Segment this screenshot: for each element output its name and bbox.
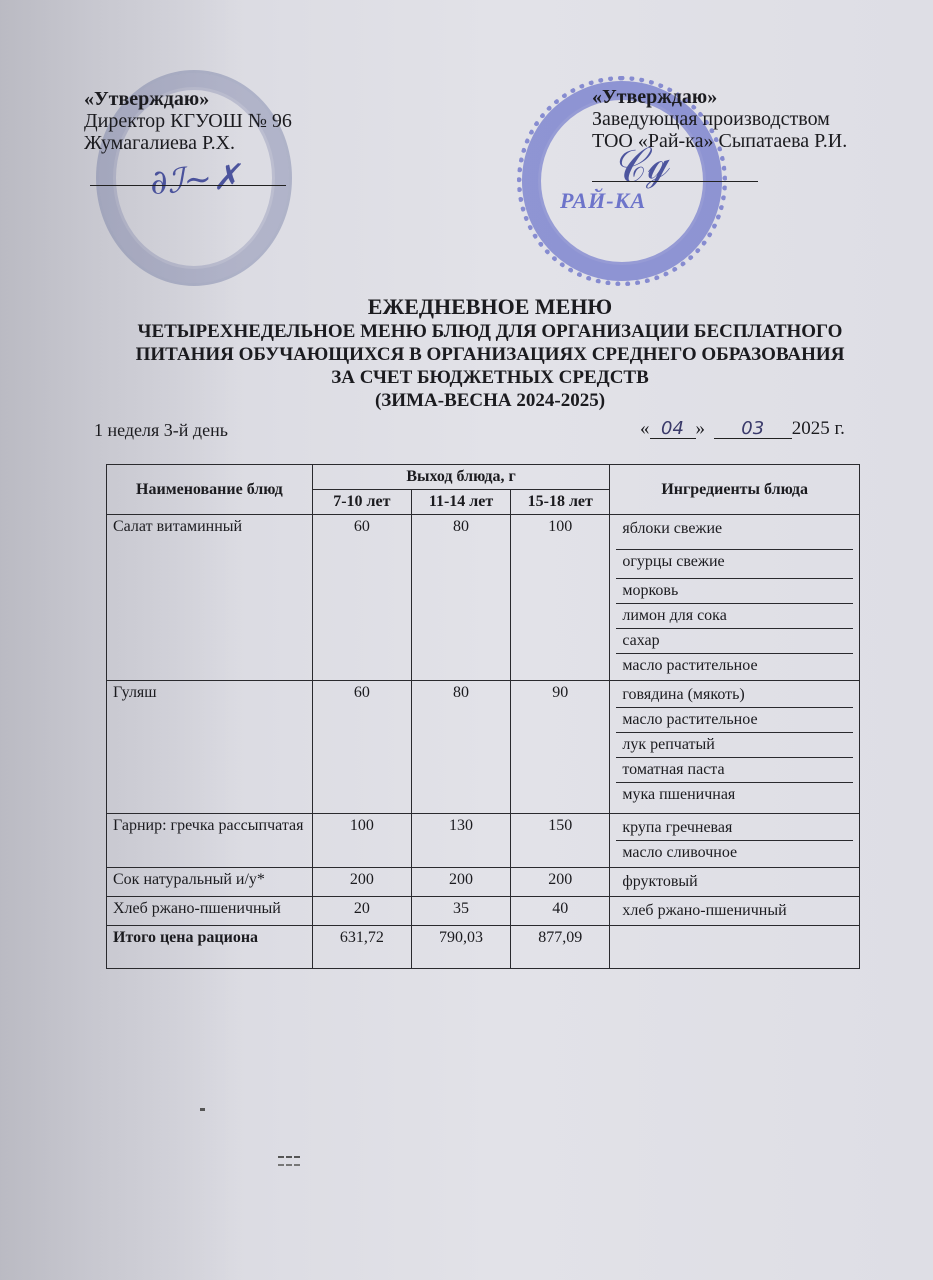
ingredient-item: сахар bbox=[616, 629, 853, 654]
dish-name: Хлеб ржано-пшеничный bbox=[107, 897, 313, 926]
header-age-15-18: 15-18 лет bbox=[511, 490, 610, 515]
header-ingredients: Ингредиенты блюда bbox=[610, 465, 860, 515]
header-age-7-10: 7-10 лет bbox=[312, 490, 411, 515]
director-signature-icon: ∂ℐ~✗ bbox=[149, 157, 242, 203]
header-output: Выход блюда, г bbox=[312, 465, 610, 490]
paper-mark bbox=[200, 1108, 205, 1111]
dish-output: 130 bbox=[411, 814, 510, 868]
dish-output: 100 bbox=[312, 814, 411, 868]
director-signature-line bbox=[90, 185, 286, 186]
ingredient-item: масло сливочное bbox=[616, 841, 853, 865]
subtitle-line: ЧЕТЫРЕХНЕДЕЛЬНОЕ МЕНЮ БЛЮД ДЛЯ ОРГАНИЗАЦ… bbox=[100, 320, 880, 343]
ingredient-item: томатная паста bbox=[616, 758, 853, 783]
dish-name: Гуляш bbox=[107, 681, 313, 814]
approval-name: ТОО «Рай-ка» Сыпатаева Р.И. bbox=[592, 130, 847, 152]
total-label: Итого цена рациона bbox=[107, 926, 313, 969]
table-row: Гуляш608090говядина (мякоть)масло растит… bbox=[107, 681, 860, 814]
dish-output: 60 bbox=[312, 681, 411, 814]
table-row: Гарнир: гречка рассыпчатая100130150крупа… bbox=[107, 814, 860, 868]
ingredient-item: яблоки свежие bbox=[616, 517, 853, 550]
menu-table: Наименование блюд Выход блюда, г Ингреди… bbox=[106, 464, 860, 969]
table-row: Хлеб ржано-пшеничный203540хлеб ржано-пше… bbox=[107, 897, 860, 926]
dish-ingredients: яблоки свежиеогурцы свежиеморковьлимон д… bbox=[610, 515, 860, 681]
table-row: Сок натуральный и/у*200200200фруктовый bbox=[107, 868, 860, 897]
ingredient-item: огурцы свежие bbox=[616, 550, 853, 579]
dish-name: Сок натуральный и/у* bbox=[107, 868, 313, 897]
approval-title: «Утверждаю» bbox=[84, 88, 292, 110]
dish-ingredients: хлеб ржано-пшеничный bbox=[610, 897, 860, 926]
dish-output: 80 bbox=[411, 515, 510, 681]
header-age-11-14: 11-14 лет bbox=[411, 490, 510, 515]
week-day-label: 1 неделя 3-й день bbox=[94, 420, 228, 441]
dish-ingredients: крупа гречневаямасло сливочное bbox=[610, 814, 860, 868]
dish-output: 35 bbox=[411, 897, 510, 926]
ingredient-item: говядина (мякоть) bbox=[616, 683, 853, 708]
ingredient-item: лук репчатый bbox=[616, 733, 853, 758]
ingredient-item: мука пшеничная bbox=[616, 783, 853, 811]
dish-output: 200 bbox=[312, 868, 411, 897]
paper-mark bbox=[278, 1156, 300, 1166]
dish-name: Гарнир: гречка рассыпчатая bbox=[107, 814, 313, 868]
ingredient-item: масло растительное bbox=[616, 708, 853, 733]
dish-output: 200 bbox=[411, 868, 510, 897]
dish-output: 90 bbox=[511, 681, 610, 814]
dish-output: 40 bbox=[511, 897, 610, 926]
ingredient-item: фруктовый bbox=[616, 870, 853, 894]
date-day-field: 04 bbox=[650, 420, 696, 439]
dish-ingredients: говядина (мякоть)масло растительноелук р… bbox=[610, 681, 860, 814]
ingredient-item: масло растительное bbox=[616, 654, 853, 678]
approval-manager: «Утверждаю» Заведующая производством ТОО… bbox=[592, 86, 847, 152]
page-title: ЕЖЕДНЕВНОЕ МЕНЮ bbox=[100, 294, 880, 320]
ingredient-item: крупа гречневая bbox=[616, 816, 853, 841]
total-price: 631,72 bbox=[312, 926, 411, 969]
approval-director: «Утверждаю» Директор КГУОШ № 96 Жумагали… bbox=[84, 88, 292, 154]
dish-output: 60 bbox=[312, 515, 411, 681]
dish-output: 200 bbox=[511, 868, 610, 897]
dish-name: Салат витаминный bbox=[107, 515, 313, 681]
total-ingredients bbox=[610, 926, 860, 969]
dish-ingredients: фруктовый bbox=[610, 868, 860, 897]
manager-signature-line bbox=[592, 181, 758, 182]
approval-position: Директор КГУОШ № 96 bbox=[84, 110, 292, 132]
total-row: Итого цена рациона631,72790,03877,09 bbox=[107, 926, 860, 969]
ingredient-item: лимон для сока bbox=[616, 604, 853, 629]
dish-output: 150 bbox=[511, 814, 610, 868]
subtitle-line: (ЗИМА-ВЕСНА 2024-2025) bbox=[100, 389, 880, 412]
document-date: «04» 032025 г. bbox=[640, 418, 845, 440]
date-year: 2025 г. bbox=[792, 418, 845, 439]
dish-output: 20 bbox=[312, 897, 411, 926]
company-stamp-label: РАЙ-КА bbox=[560, 188, 646, 214]
dish-output: 100 bbox=[511, 515, 610, 681]
ingredient-item: хлеб ржано-пшеничный bbox=[616, 899, 853, 923]
approval-title: «Утверждаю» bbox=[592, 86, 847, 108]
total-price: 790,03 bbox=[411, 926, 510, 969]
subtitle-line: ЗА СЧЕТ БЮДЖЕТНЫХ СРЕДСТВ bbox=[100, 366, 880, 389]
approval-name: Жумагалиева Р.Х. bbox=[84, 132, 292, 154]
date-open-quote: « bbox=[640, 418, 650, 439]
date-close-quote: » bbox=[696, 418, 706, 439]
total-price: 877,09 bbox=[511, 926, 610, 969]
subtitle-line: ПИТАНИЯ ОБУЧАЮЩИХСЯ В ОРГАНИЗАЦИЯХ СРЕДН… bbox=[100, 343, 880, 366]
approval-position: Заведующая производством bbox=[592, 108, 847, 130]
date-month-field: 03 bbox=[714, 420, 792, 439]
ingredient-item: морковь bbox=[616, 579, 853, 604]
header-dish-name: Наименование блюд bbox=[107, 465, 313, 515]
table-row: Салат витаминный6080100яблоки свежиеогур… bbox=[107, 515, 860, 681]
page-subtitle: ЧЕТЫРЕХНЕДЕЛЬНОЕ МЕНЮ БЛЮД ДЛЯ ОРГАНИЗАЦ… bbox=[100, 320, 880, 412]
dish-output: 80 bbox=[411, 681, 510, 814]
